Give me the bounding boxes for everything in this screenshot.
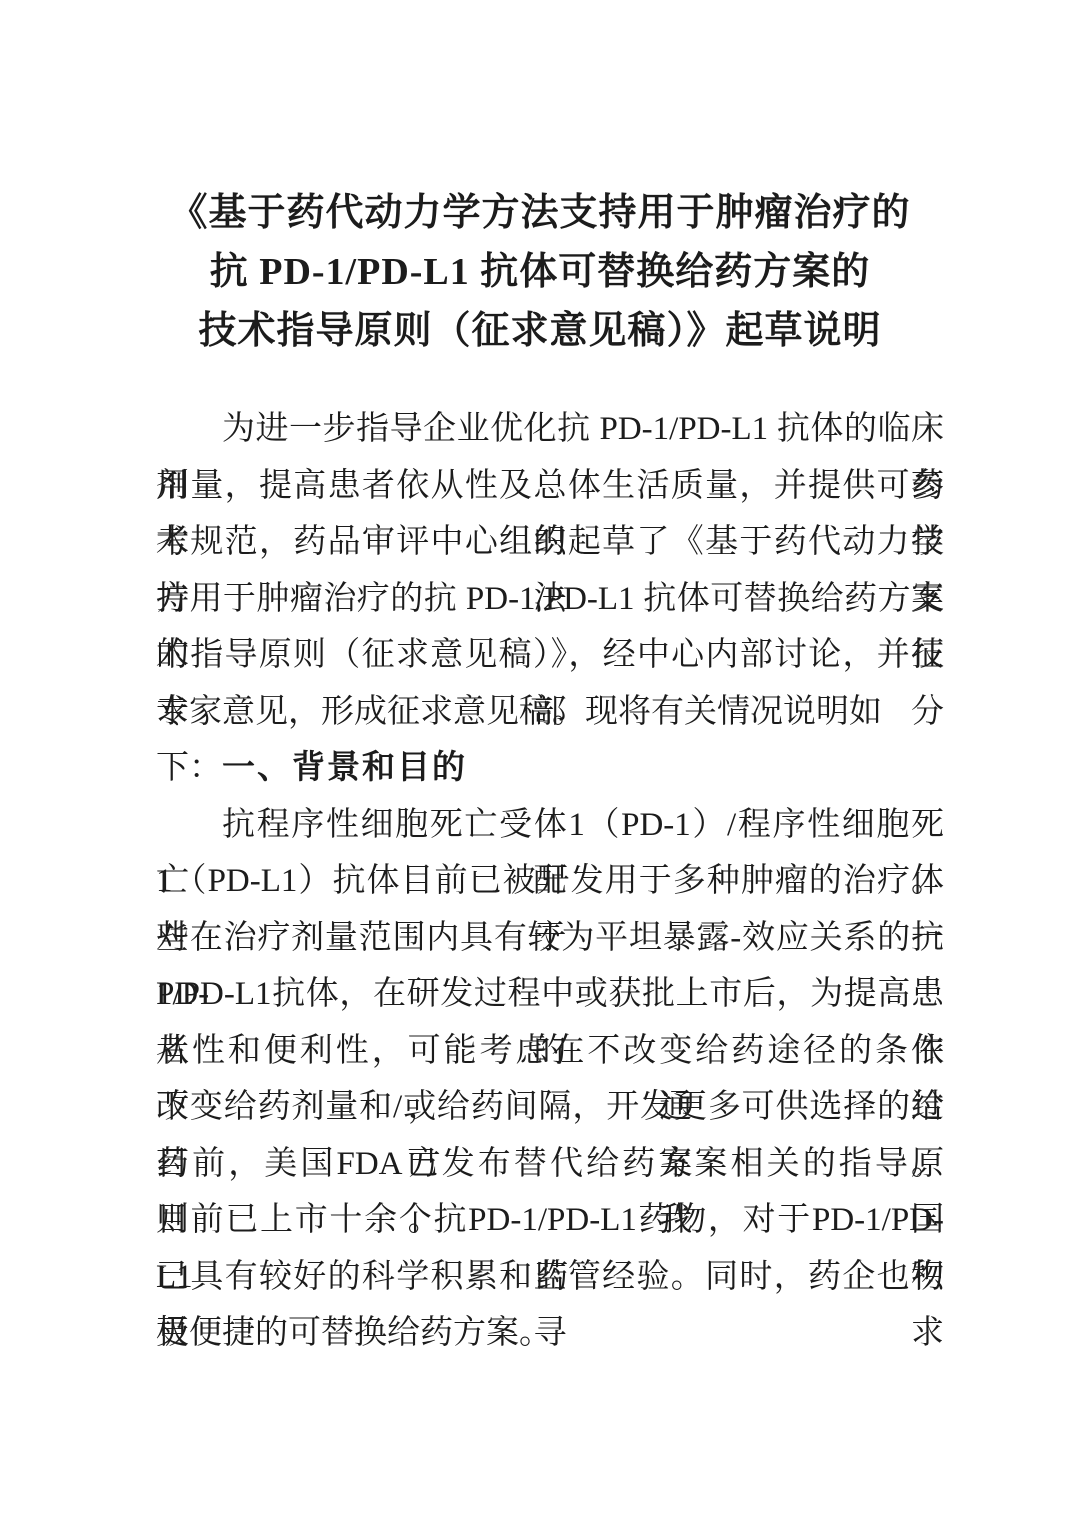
title-line-1: 《基于药代动力学方法支持用于肿瘤治疗的 xyxy=(0,184,1080,243)
section-heading: 一、背景和目的 xyxy=(156,740,944,797)
intro-paragraph-line: 剂量，提高患者依从性及总体生活质量，并提供可参考的技 xyxy=(156,458,944,515)
intro-paragraph-line: 为进一步指导企业优化抗 PD-1/PD-L1 抗体的临床用药 xyxy=(156,401,944,458)
section1-paragraph-line: 目前，美国FDA已发布替代给药方案相关的指导原则。我国 xyxy=(156,1136,944,1193)
document-body: 为进一步指导企业优化抗 PD-1/PD-L1 抗体的临床用药 剂量，提高患者依从… xyxy=(156,401,944,1362)
section1-paragraph-line: 目前已上市十余个抗PD-1/PD-L1药物，对于PD-1/PD-L1药物 xyxy=(156,1192,944,1249)
intro-paragraph-line: 术指导原则（征求意见稿）》，经中心内部讨论，并征求部分 xyxy=(156,627,944,684)
document-title: 《基于药代动力学方法支持用于肿瘤治疗的 抗 PD-1/PD-L1 抗体可替换给药… xyxy=(0,184,1080,361)
document-page: 《基于药代动力学方法支持用于肿瘤治疗的 抗 PD-1/PD-L1 抗体可替换给药… xyxy=(0,0,1080,1527)
intro-paragraph-line: 术规范，药品审评中心组织起草了《基于药代动力学方法支 xyxy=(156,514,944,571)
title-line-3: 技术指导原则（征求意见稿）》起草说明 xyxy=(0,302,1080,361)
intro-paragraph-line: 持用于肿瘤治疗的抗 PD-1/PD-L1 抗体可替换给药方案的技 xyxy=(156,571,944,628)
section1-paragraph-line: 1/PD-L1抗体，在研发过程中或获批上市后，为提高患者的依 xyxy=(156,966,944,1023)
title-line-2: 抗 PD-1/PD-L1 抗体可替换给药方案的 xyxy=(0,243,1080,302)
intro-paragraph-line: 专家意见，形成征求意见稿。现将有关情况说明如下： xyxy=(156,684,944,741)
section1-paragraph-line: 从性和便利性，可能考虑在不改变给药途径的条件下，通过 xyxy=(156,1023,944,1080)
section1-paragraph-line: 些在治疗剂量范围内具有较为平坦暴露-效应关系的抗PD- xyxy=(156,910,944,967)
section1-paragraph-line: 抗程序性细胞死亡受体1（PD-1）/程序性细胞死亡配体 xyxy=(156,797,944,854)
section1-paragraph-line: 1（PD-L1）抗体目前已被开发用于多种肿瘤的治疗。对于一 xyxy=(156,853,944,910)
section1-paragraph-line: 改变给药剂量和/或给药间隔，开发更多可供选择的给药方案。 xyxy=(156,1079,944,1136)
section1-paragraph-line: 已具有较好的科学积累和监管经验。同时，药企也积极寻求 xyxy=(156,1249,944,1306)
